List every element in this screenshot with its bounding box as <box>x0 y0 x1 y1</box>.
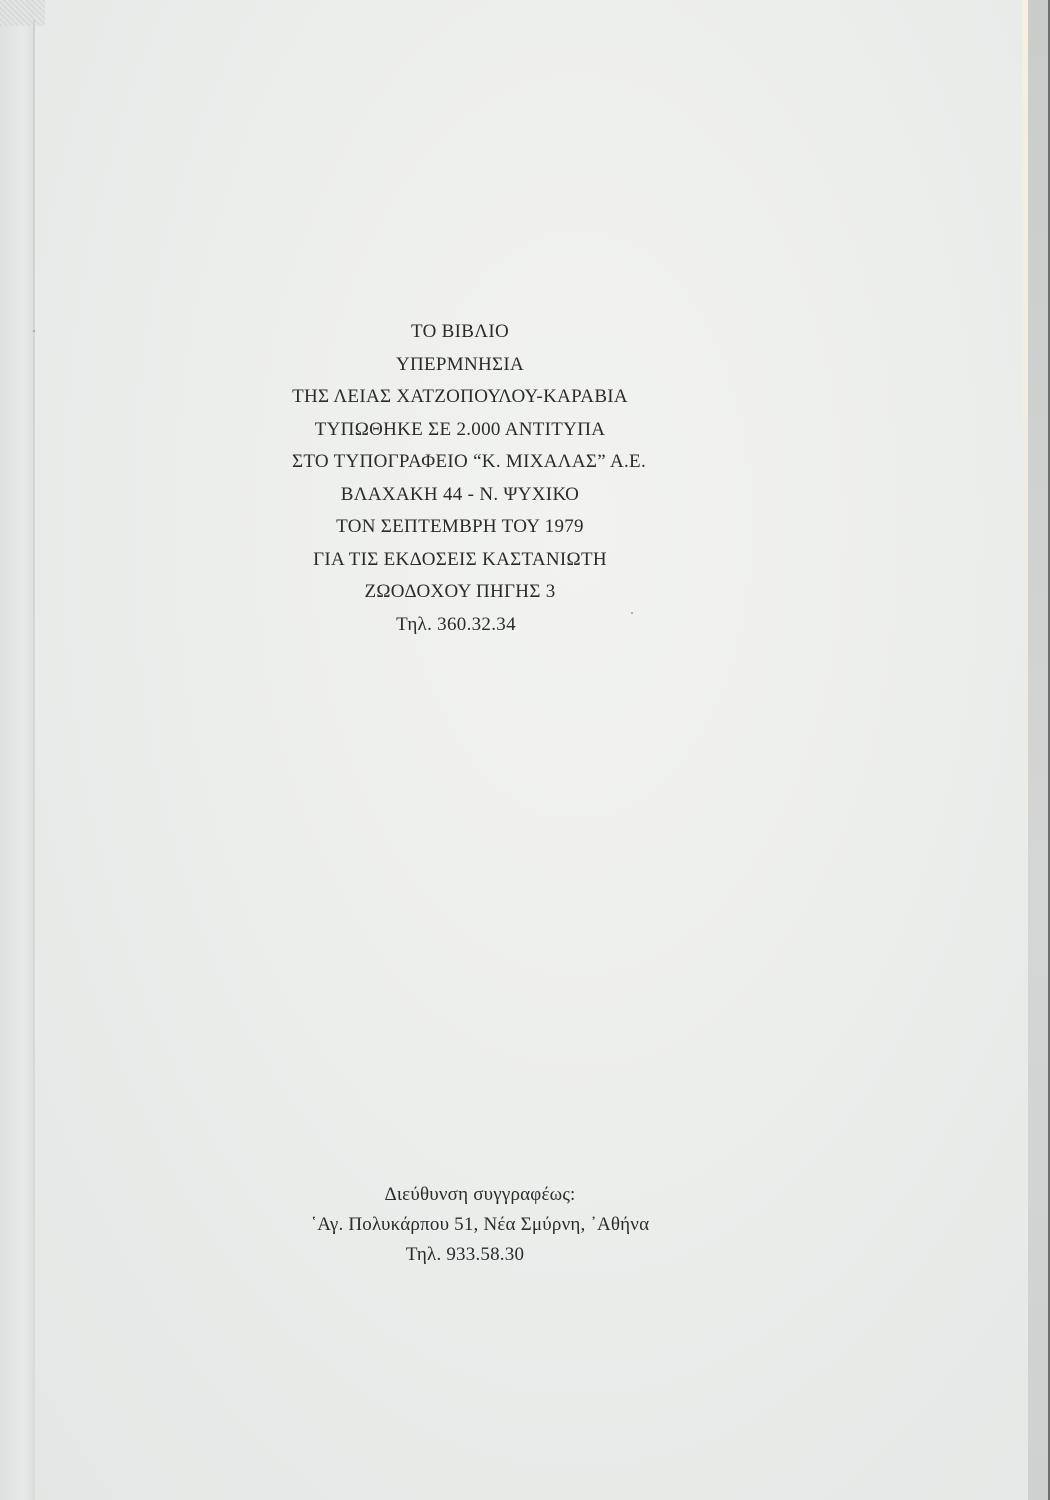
book-cover-edge <box>1028 0 1050 1500</box>
author-phone: Τηλ. 933.58.30 <box>260 1240 700 1270</box>
colophon-line-publisher: ΓΙΑ ΤΙΣ ΕΚΔΟΣΕΙΣ ΚΑΣΤΑΝΙΩΤΗ <box>230 544 690 577</box>
author-address-label: Διεύθυνση συγγραφέως: <box>260 1180 700 1210</box>
book-page: ΤΟ ΒΙΒΛΙΟ ΥΠΕΡΜΝΗΣΙΑ ΤΗΣ ΛΕΙΑΣ ΧΑΤΖΟΠΟΥΛ… <box>0 0 1050 1500</box>
gutter-fold-line <box>33 20 35 1500</box>
colophon-line-printer: ΣΤΟ ΤΥΠΟΓΡΑΦΕΙΟ “Κ. ΜΙΧΑΛΑΣ” Α.Ε. <box>230 446 690 479</box>
author-street-address: ῾Αγ. Πολυκάρπου 51, Νέα Σμύρνη, ᾿Αθήνα <box>260 1210 700 1240</box>
colophon-line-print-run: ΤΥΠΩΘΗΚΕ ΣΕ 2.000 ΑΝΤΙΤΥΠΑ <box>230 414 690 447</box>
paper-speck <box>33 330 35 332</box>
author-address-block: Διεύθυνση συγγραφέως: ῾Αγ. Πολυκάρπου 51… <box>260 1180 700 1270</box>
colophon-line-date: ΤΟΝ ΣΕΠΤΕΜΒΡΗ ΤΟΥ 1979 <box>230 511 690 544</box>
gutter-fabric-texture <box>0 0 45 26</box>
colophon-line-publisher-phone: Τηλ. 360.32.34 <box>230 609 690 642</box>
colophon-line-printer-address: ΒΛΑΧΑΚΗ 44 - Ν. ΨΥΧΙΚΟ <box>230 479 690 512</box>
colophon-line-publisher-address: ΖΩΟΔΟΧΟΥ ΠΗΓΗΣ 3 <box>230 576 690 609</box>
colophon-line-author: ΤΗΣ ΛΕΙΑΣ ΧΑΤΖΟΠΟΥΛΟΥ-ΚΑΡΑΒΙΑ <box>230 381 690 414</box>
colophon-line-book-label: ΤΟ ΒΙΒΛΙΟ <box>230 316 690 349</box>
colophon-line-title: ΥΠΕΡΜΝΗΣΙΑ <box>230 349 690 382</box>
page-gutter <box>0 0 34 1500</box>
colophon-block: ΤΟ ΒΙΒΛΙΟ ΥΠΕΡΜΝΗΣΙΑ ΤΗΣ ΛΕΙΑΣ ΧΑΤΖΟΠΟΥΛ… <box>230 316 690 641</box>
